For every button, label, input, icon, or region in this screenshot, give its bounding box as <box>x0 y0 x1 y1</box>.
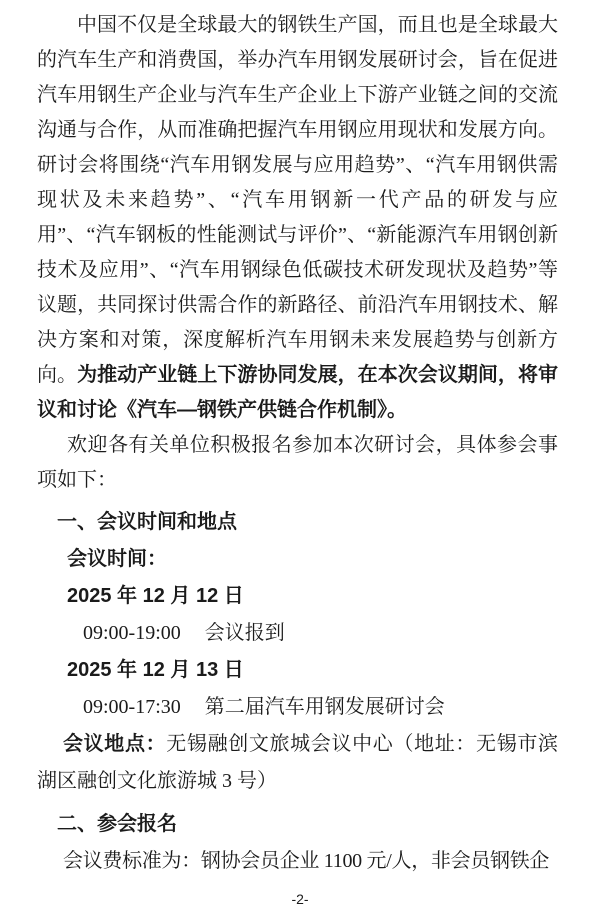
intro-paragraph: 中国不仅是全球最大的钢铁生产国，而且也是全球最大的汽车生产和消费国，举办汽车用钢… <box>37 8 558 428</box>
welcome-paragraph: 欢迎各有关单位积极报名参加本次研讨会，具体参会事项如下： <box>37 428 558 498</box>
meeting-time-label: 会议时间： <box>37 541 558 578</box>
page-number: -2- <box>0 891 600 907</box>
meeting-date-2: 2025 年 12 月 13 日 <box>37 652 558 689</box>
meeting-location-label: 会议地点： <box>63 733 166 755</box>
intro-bold-text: 为推动产业链上下游协同发展，在本次会议期间，将审议和讨论《汽车—钢铁产供链合作机… <box>37 364 558 421</box>
section2-heading: 二、参会报名 <box>37 806 558 843</box>
document-page: 中国不仅是全球最大的钢铁生产国，而且也是全球最大的汽车生产和消费国，举办汽车用钢… <box>0 0 600 919</box>
schedule-line-1: 09:00-19:00会议报到 <box>37 615 558 652</box>
intro-text: 中国不仅是全球最大的钢铁生产国，而且也是全球最大的汽车生产和消费国，举办汽车用钢… <box>37 14 558 386</box>
meeting-date-1: 2025 年 12 月 12 日 <box>37 578 558 615</box>
schedule-time-1: 09:00-19:00 <box>83 622 181 644</box>
schedule-line-2: 09:00-17:30第二届汽车用钢发展研讨会 <box>37 689 558 726</box>
meeting-location-line: 会议地点：无锡融创文旅城会议中心（地址：无锡市滨湖区融创文化旅游城 3 号） <box>37 726 558 800</box>
schedule-event-2: 第二届汽车用钢发展研讨会 <box>205 696 445 718</box>
section1-heading: 一、会议时间和地点 <box>37 504 558 541</box>
schedule-event-1: 会议报到 <box>205 622 285 644</box>
schedule-time-2: 09:00-17:30 <box>83 696 181 718</box>
fee-line: 会议费标准为：钢协会员企业 1100 元/人，非会员钢铁企 <box>37 843 558 880</box>
